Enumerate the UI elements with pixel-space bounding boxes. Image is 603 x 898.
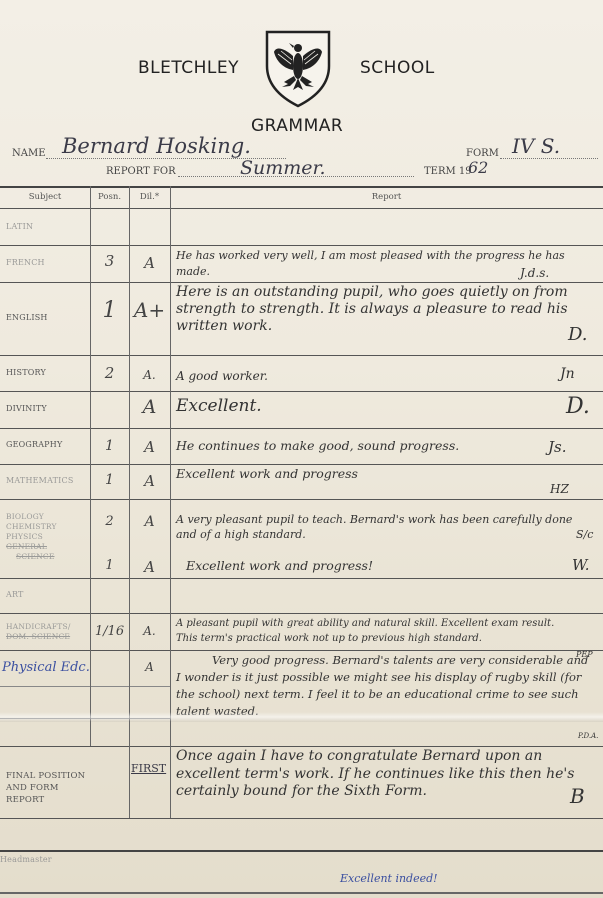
report-physical-education: Very good progress. Bernard's talents ar…	[176, 652, 590, 720]
row-divider	[0, 818, 603, 819]
diligence-sciences-2: A	[129, 558, 170, 576]
final-label-line: AND FORM	[6, 782, 85, 794]
school-name-right: SCHOOL	[360, 58, 435, 78]
term-label: TERM 19	[424, 166, 472, 177]
final-position-label: FINAL POSITION AND FORM REPORT	[6, 770, 85, 806]
paper-fold	[0, 712, 603, 722]
eagle-shield-icon	[264, 30, 332, 108]
signature-geography: Js.	[548, 438, 566, 456]
diligence-sciences: A	[129, 514, 170, 530]
diligence-handicrafts: A.	[129, 624, 170, 638]
name-value[interactable]: Bernard Hosking.	[62, 134, 251, 158]
subject-art: ART	[6, 590, 24, 599]
report-for-value[interactable]: Summer.	[240, 157, 326, 179]
final-position-value: FIRST	[131, 762, 166, 775]
diligence-physical-education: A	[129, 660, 170, 674]
subject-french: FRENCH	[6, 258, 45, 267]
headmaster-label: Headmaster	[0, 855, 52, 864]
report-history: A good worker.	[176, 368, 596, 384]
diligence-history: A.	[129, 368, 170, 382]
subject-mathematics: MATHEMATICS	[6, 476, 74, 485]
subject-chemistry: CHEMISTRY	[6, 522, 57, 532]
subject-english: ENGLISH	[6, 313, 48, 322]
subject-general-struck: GENERAL	[6, 542, 57, 552]
subject-biology: BIOLOGY	[6, 512, 57, 522]
report-english: Here is an outstanding pupil, who goes q…	[176, 284, 576, 335]
signature-sciences-2: W.	[572, 556, 590, 574]
subject-physics: PHYSICS	[6, 532, 57, 542]
report-divinity: Excellent.	[176, 398, 596, 414]
final-form-report: Once again I have to congratulate Bernar…	[176, 748, 581, 801]
position-sciences: 2	[90, 514, 129, 529]
form-value[interactable]: IV S.	[512, 134, 560, 158]
headmaster-divider	[0, 850, 603, 852]
diligence-mathematics: A	[129, 472, 170, 490]
column-divider	[129, 186, 130, 818]
subject-sciences: BIOLOGY CHEMISTRY PHYSICS GENERAL SCIENC…	[6, 512, 57, 562]
final-label-line: REPORT	[6, 794, 85, 806]
school-report-page: BLETCHLEY SCHOOL GRAMMAR NAME Bernard Ho…	[0, 0, 603, 898]
signature-history: Jn	[560, 366, 575, 382]
report-for-label: REPORT FOR	[106, 166, 176, 177]
school-name-left: BLETCHLEY	[138, 58, 239, 78]
subject-science-struck: SCIENCE	[6, 552, 57, 562]
position-history: 2	[90, 364, 129, 382]
headmaster-comment: Excellent indeed!	[340, 872, 438, 885]
signature-physical-education: P.D.A.	[578, 732, 598, 740]
signature-english: D.	[568, 324, 588, 345]
col-header-diligence: Dil.*	[129, 192, 170, 202]
term-year-value[interactable]: 62	[468, 158, 488, 177]
col-header-position: Posn.	[90, 192, 129, 202]
subject-physical-education: Physical Edc.	[2, 660, 90, 675]
report-handicrafts: A pleasant pupil with great ability and …	[176, 616, 556, 646]
signature-sciences: S/c	[576, 528, 593, 541]
column-divider	[170, 186, 171, 818]
row-divider	[0, 746, 603, 747]
report-geography: He continues to make good, sound progres…	[176, 438, 596, 454]
col-header-subject: Subject	[0, 192, 90, 202]
final-label-line: FINAL POSITION	[6, 770, 85, 782]
position-french: 3	[90, 252, 129, 270]
row-divider	[0, 686, 170, 687]
subject-dom-science-struck: DOM. SCIENCE	[6, 632, 71, 642]
signature-french: J.d.s.	[520, 266, 549, 280]
diligence-english: A+	[129, 298, 170, 322]
subject-handicrafts: HANDICRAFTS/ DOM. SCIENCE	[6, 622, 71, 642]
position-geography: 1	[90, 438, 129, 454]
subject-history: HISTORY	[6, 368, 46, 377]
signature-divinity: D.	[566, 394, 590, 419]
position-english: 1	[90, 298, 129, 323]
report-sciences: A very pleasant pupil to teach. Bernard'…	[176, 512, 586, 542]
position-sciences-2: 1	[90, 558, 129, 573]
subject-geography: GEOGRAPHY	[6, 440, 62, 449]
subject-divinity: DIVINITY	[6, 404, 47, 413]
diligence-divinity: A	[129, 396, 170, 418]
form-underline	[500, 158, 598, 159]
subject-handicrafts-label: HANDICRAFTS/	[6, 622, 71, 632]
signature-mathematics: HZ	[550, 482, 569, 496]
report-mathematics: Excellent work and progress	[176, 466, 596, 482]
diligence-french: A	[129, 254, 170, 272]
subject-latin: LATIN	[6, 222, 33, 231]
name-label: NAME	[12, 148, 46, 159]
signature-form-master: B	[570, 784, 585, 808]
diligence-geography: A	[129, 438, 170, 456]
column-divider	[90, 186, 91, 746]
page-bottom-border	[0, 892, 603, 894]
school-name-under: GRAMMAR	[251, 116, 343, 136]
report-sciences-2: Excellent work and progress!	[186, 558, 603, 574]
position-mathematics: 1	[90, 472, 129, 488]
position-handicrafts: 1/16	[90, 624, 129, 639]
col-header-report: Report	[170, 192, 603, 202]
